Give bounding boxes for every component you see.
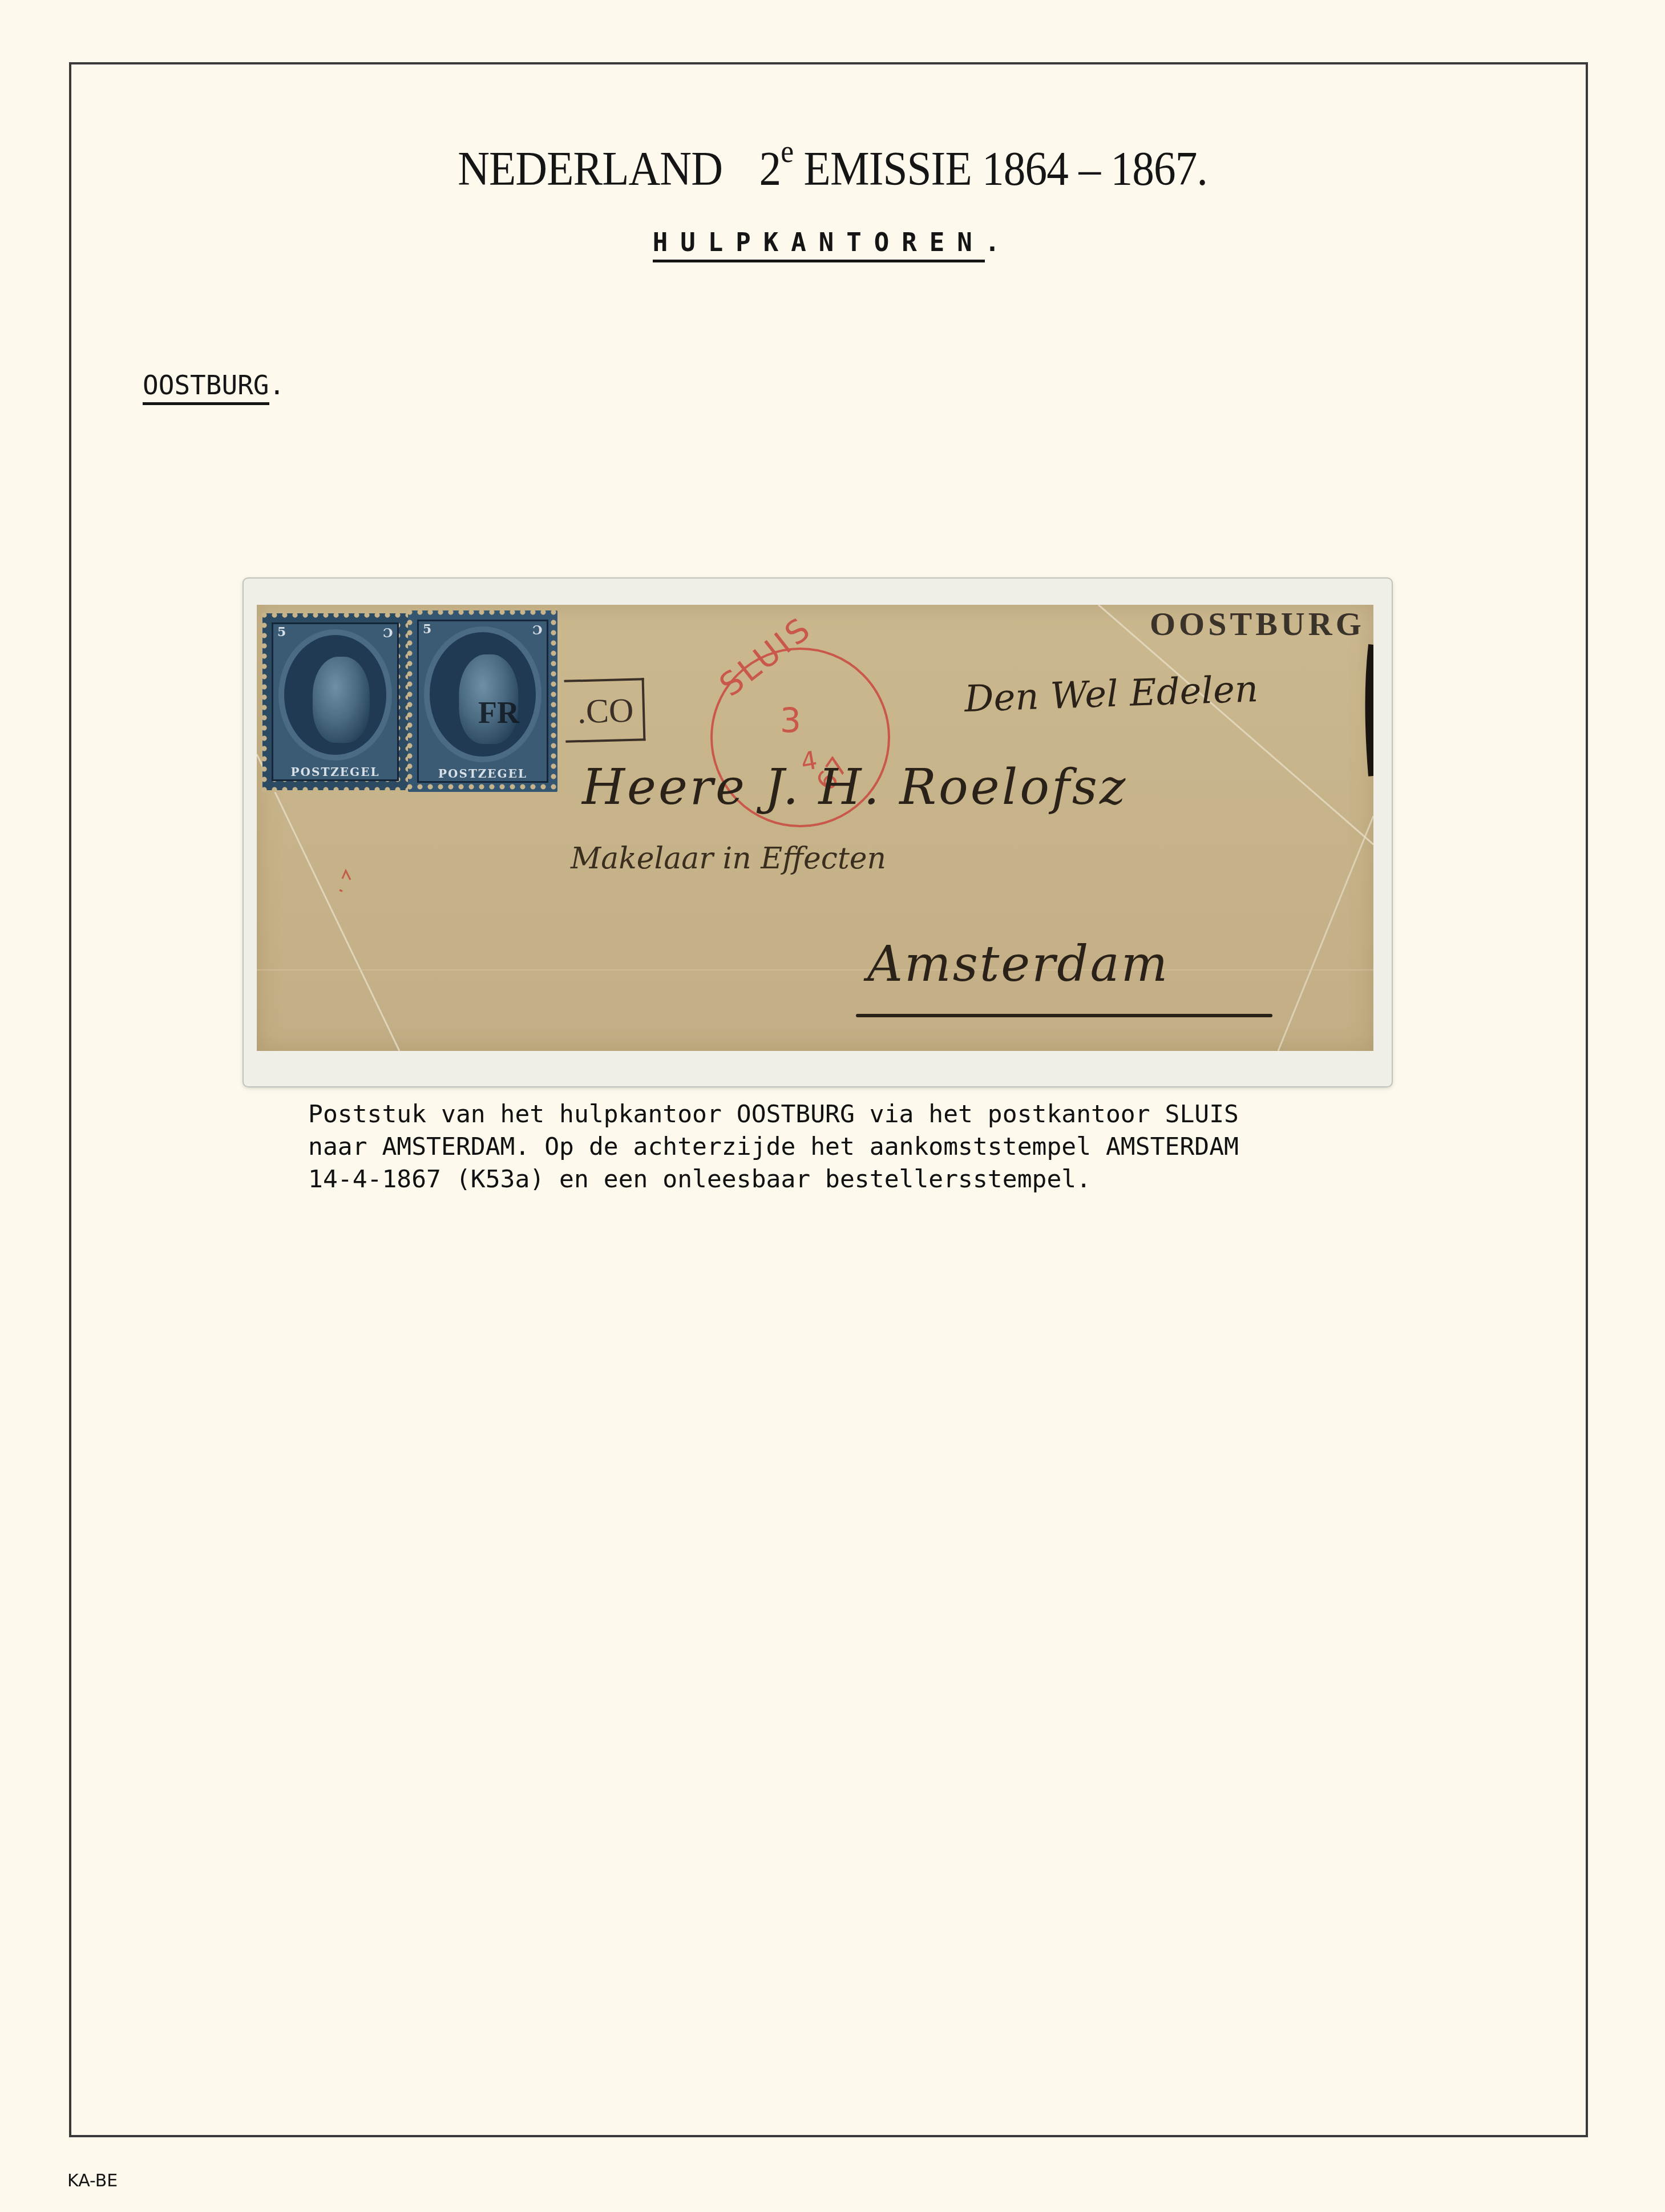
stamp-value: C	[532, 622, 543, 637]
stamp-label: POSTZEGEL	[408, 767, 557, 781]
oostburg-handstamp: OOSTBURG	[1150, 605, 1372, 643]
address-line-4: Amsterdam	[867, 936, 1169, 993]
subtitle-punct: .	[985, 228, 1013, 257]
address-line-2: Heere J. H. Roelofsz	[582, 759, 1127, 816]
caption-line: 14-4-1867 (K53a) en een onleesbaar beste…	[308, 1163, 1239, 1196]
postmark-day: 3	[780, 701, 801, 740]
franco-cancel-on-stamp: FR	[478, 695, 519, 730]
franco-cancel-text: .CO	[577, 691, 634, 732]
title-country: NEDERLAND	[458, 143, 722, 196]
address-line-3: Makelaar in Effecten	[571, 842, 886, 876]
stamp-value: 5	[423, 622, 431, 637]
franco-cancel-box: .CO	[564, 678, 646, 743]
page-title: NEDERLAND2e EMISSIE 1864 – 1867.	[67, 141, 1599, 197]
title-issue-suffix: e	[781, 134, 793, 169]
caption-line: Poststuk van het hulpkantoor OOSTBURG vi…	[308, 1098, 1239, 1131]
stamp-value: C	[383, 625, 393, 640]
section-punct: .	[269, 370, 285, 401]
stamp-value: 5	[277, 625, 286, 640]
section-label: OOSTBURG	[143, 370, 269, 405]
stamp-5-cent-left: 5 C POSTZEGEL	[262, 613, 408, 790]
section-heading: OOSTBURG.	[143, 370, 285, 401]
address-underline	[856, 1014, 1272, 1017]
publisher-mark: KA-BE	[67, 2171, 118, 2191]
title-issue-rest: EMISSIE 1864 – 1867.	[804, 143, 1207, 196]
title-issue-number: 2	[759, 143, 781, 196]
page-subtitle: HULPKANTOREN.	[0, 228, 1665, 257]
subtitle-text: HULPKANTOREN	[653, 228, 985, 262]
king-portrait-icon	[312, 657, 369, 743]
stamp-label: POSTZEGEL	[262, 765, 408, 779]
caption-line: naar AMSTERDAM. Op de achterzijde het aa…	[308, 1131, 1239, 1163]
cover-description: Poststuk van het hulpkantoor OOSTBURG vi…	[308, 1098, 1239, 1196]
